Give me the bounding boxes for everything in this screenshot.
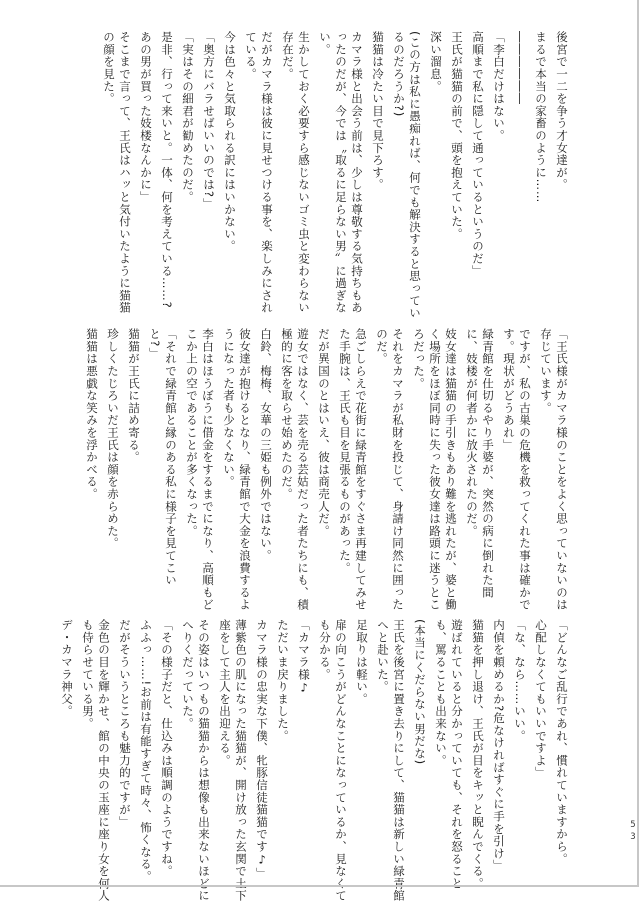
paragraph: 王氏を後宮に置き去りにして、猫猫は新しい緑青館へと赴いた。 bbox=[375, 619, 407, 903]
paragraph: 生かしておく必要すら感じないゴミ虫と変わらない存在だ。 bbox=[280, 31, 312, 321]
paragraph: 足取りは軽い。 bbox=[354, 619, 370, 903]
paragraph: 珍しくたじろいだ王氏は顔を赤らめた。 bbox=[105, 328, 121, 612]
paragraph: 「どんなご乱行であれ、慣れていますから。 bbox=[554, 619, 570, 903]
paragraph: ですが、私の古巣の危機を救ってくれた事は確かです。現状がどうあれ」 bbox=[501, 328, 533, 612]
paragraph: 「王氏様がカマラ様のことをよく思っていないのは存じています。 bbox=[538, 328, 570, 612]
paragraph: ふふっ……!お前は有能すぎて時々、怖くなる。 bbox=[138, 619, 154, 903]
paragraph: 心配しなくてもいいですよ」 bbox=[533, 619, 549, 903]
paragraph: 急ごしらえで花街に緑青館をすぐさま再建してみせた手腕は、王氏も目を見張るものがあ… bbox=[337, 328, 369, 612]
paragraph: 猫猫は悪戯な笑みを浮かべる。 bbox=[84, 328, 100, 612]
paragraph: だが異国のとはいえ、彼は商売人だ。 bbox=[316, 328, 332, 612]
text-row-top: 後宮で一二を争う才女達が。まるで本当の家畜のように……――――――「李白だけはな… bbox=[96, 31, 570, 321]
paragraph: (この方は私に愚痴れば、何でも解決すると思っているのだろうか?) bbox=[391, 31, 423, 321]
paragraph: 李白はほうぼうに借金をするまでになり、高順もどこか上の空であることが多くなった。 bbox=[184, 328, 216, 612]
paragraph: 高順まで私に隠して通っているというのだ」 bbox=[470, 31, 486, 321]
paragraph: だがカマラ様は彼に見せつける事を、楽しみにされている。 bbox=[243, 31, 275, 321]
paragraph: 彼女達が抱けるとなり、緑青館で大金を浪費するようになった者も少なくない。 bbox=[221, 328, 253, 612]
paragraph: 猫猫を押し退け、王氏が目をキッと睨んでくる。 bbox=[470, 619, 486, 903]
paragraph: 「李白だけはない。 bbox=[491, 31, 507, 321]
paragraph: カマラ様の忠実な下僕、牝豚信徒猫猫です♪」 bbox=[254, 619, 270, 903]
paragraph: 「その様子だと、仕込みは順調のようですね。 bbox=[159, 619, 175, 903]
paragraph: だがそういうところも魅力的ですが」 bbox=[117, 619, 133, 903]
paragraph: まるで本当の家畜のように…… bbox=[533, 31, 549, 321]
paragraph: 金色の目を輝かせ、館の中央の玉座に座り女を何人も侍らせている男。 bbox=[80, 619, 112, 903]
paragraph: ―――――― bbox=[512, 31, 528, 321]
paragraph: あの男が買った妓楼なんかに」 bbox=[138, 31, 154, 321]
page-edge-right bbox=[637, 0, 639, 887]
text-row-middle: 「王氏様がカマラ様のことをよく思っていないのは存じています。ですが、私の古巣の危… bbox=[79, 328, 570, 612]
paragraph: 妓女達は猫猫の手引きもあり難を逃れたが、婆と働く場所をほぼ同時に失った彼女達は路… bbox=[411, 328, 459, 612]
paragraph: そこまで言って、王氏はハッと気付いたように猫猫の顔を見た。 bbox=[101, 31, 133, 321]
novel-page: 後宮で一二を争う才女達が。まるで本当の家畜のように……――――――「李白だけはな… bbox=[0, 0, 640, 904]
paragraph: 「実はその細君が勧めたのだ。 bbox=[180, 31, 196, 321]
paragraph: 白鈴、梅梅、女華の三姫も例外ではない。 bbox=[258, 328, 274, 612]
paragraph: 遊女ではなく、芸を売る芸姑だった者たちにも、積極的に客を取らせ始めたのだ。 bbox=[279, 328, 311, 612]
page-edge-bottom bbox=[0, 885, 638, 887]
paragraph: 内偵を頼めるか?危なければすぐに手を引け」 bbox=[491, 619, 507, 903]
paragraph: 遊ばれていると分かっていても、それを怒ることも、罵ることも出来ない。 bbox=[433, 619, 465, 903]
paragraph: カマラ様と出会う前は、少しは尊敬する気持ちもあったのだが、今では〝取るに足らない… bbox=[317, 31, 365, 321]
paragraph: その姿はいつもの猫猫からは想像も出来ないほどにへりくだっていた。 bbox=[180, 619, 212, 903]
paragraph: 「奥方にバラせばいいのでは?」 bbox=[201, 31, 217, 321]
paragraph: 「な、なら……いい。 bbox=[512, 619, 528, 903]
paragraph: 扉の向こうがどんなことになっているか、見なくても分かる。 bbox=[317, 619, 349, 903]
text-row-bottom: 「どんなご乱行であれ、慣れていますから。心配しなくてもいいですよ」「な、なら……… bbox=[54, 619, 570, 903]
paragraph: 「それで緑青館と縁のある私に様子を見てこいと?」 bbox=[147, 328, 179, 612]
paragraph: ただいま戻りました。 bbox=[275, 619, 291, 903]
paragraph: 王氏が猫猫の前で、頭を抱えていた。 bbox=[449, 31, 465, 321]
paragraph: (本当にくだらない男だな) bbox=[412, 619, 428, 903]
paragraph: 猫猫が王氏に詰め寄る。 bbox=[126, 328, 142, 612]
paragraph: 今は色々と気取られる訳にはいかない。 bbox=[222, 31, 238, 321]
paragraph: それをカマラが私財を投じて、身請け同然に囲ったのだ。 bbox=[374, 328, 406, 612]
paragraph: 「カマラ様♪ bbox=[296, 619, 312, 903]
paragraph: 薄紫色の肌になった猫猫が、開け放った玄関で土下座をして主人を出迎える。 bbox=[217, 619, 249, 903]
paragraph: 猫猫は冷たい目で見下ろす。 bbox=[370, 31, 386, 321]
paragraph: 是非、行って来いと。一体、何を考えている……? bbox=[159, 31, 175, 321]
paragraph: 後宮で一二を争う才女達が。 bbox=[554, 31, 570, 321]
paragraph: デ・カマラ神父。 bbox=[59, 619, 75, 903]
paragraph: 深い溜息。 bbox=[428, 31, 444, 321]
page-text: 後宮で一二を争う才女達が。まるで本当の家畜のように……――――――「李白だけはな… bbox=[36, 31, 570, 903]
paragraph: 緑青館を仕切るやり手婆が、突然の病に倒れた間に、妓楼が何者かに放火されたのだ。 bbox=[464, 328, 496, 612]
